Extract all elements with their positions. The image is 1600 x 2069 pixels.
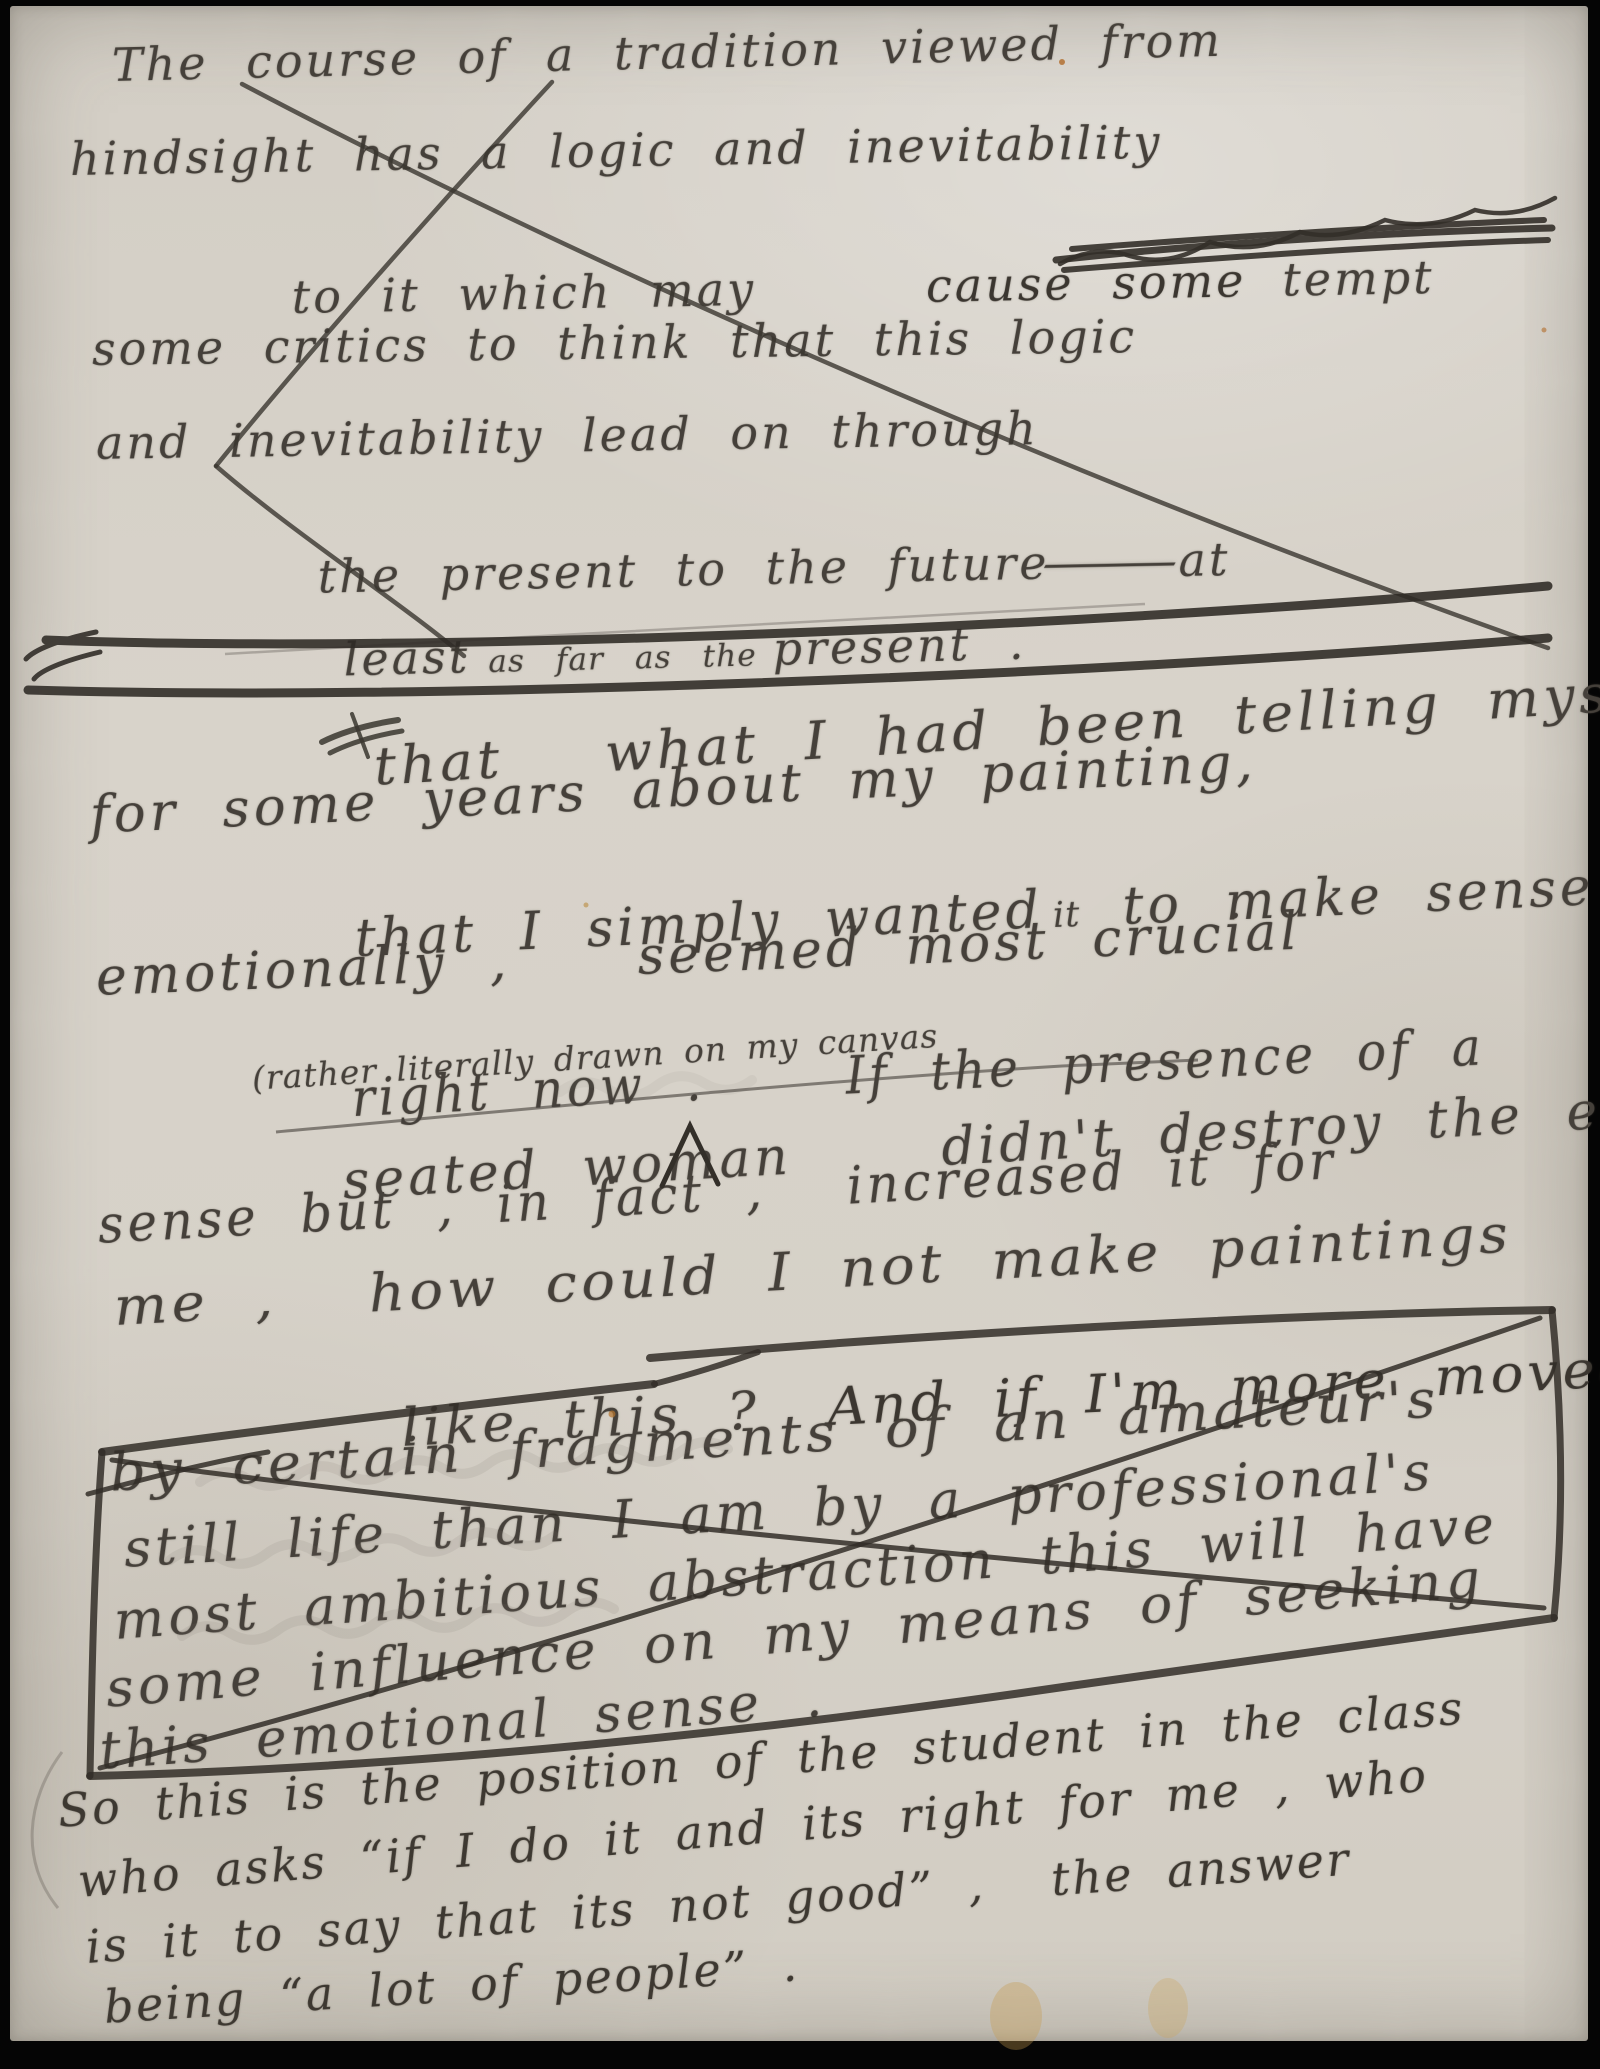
line-p1-4: some critics to think that this logic — [92, 313, 1138, 372]
text: tempt — [1282, 250, 1435, 307]
gap — [1247, 296, 1283, 297]
text: least — [343, 629, 471, 686]
manuscript-page: The course of a tradition viewed from hi… — [0, 0, 1600, 2069]
em-dash: — — [1038, 537, 1191, 586]
line-p1-5: and inevitability lead on through — [96, 405, 1039, 466]
gap — [756, 302, 926, 305]
struck-words-cause-some: cause some — [926, 253, 1247, 313]
